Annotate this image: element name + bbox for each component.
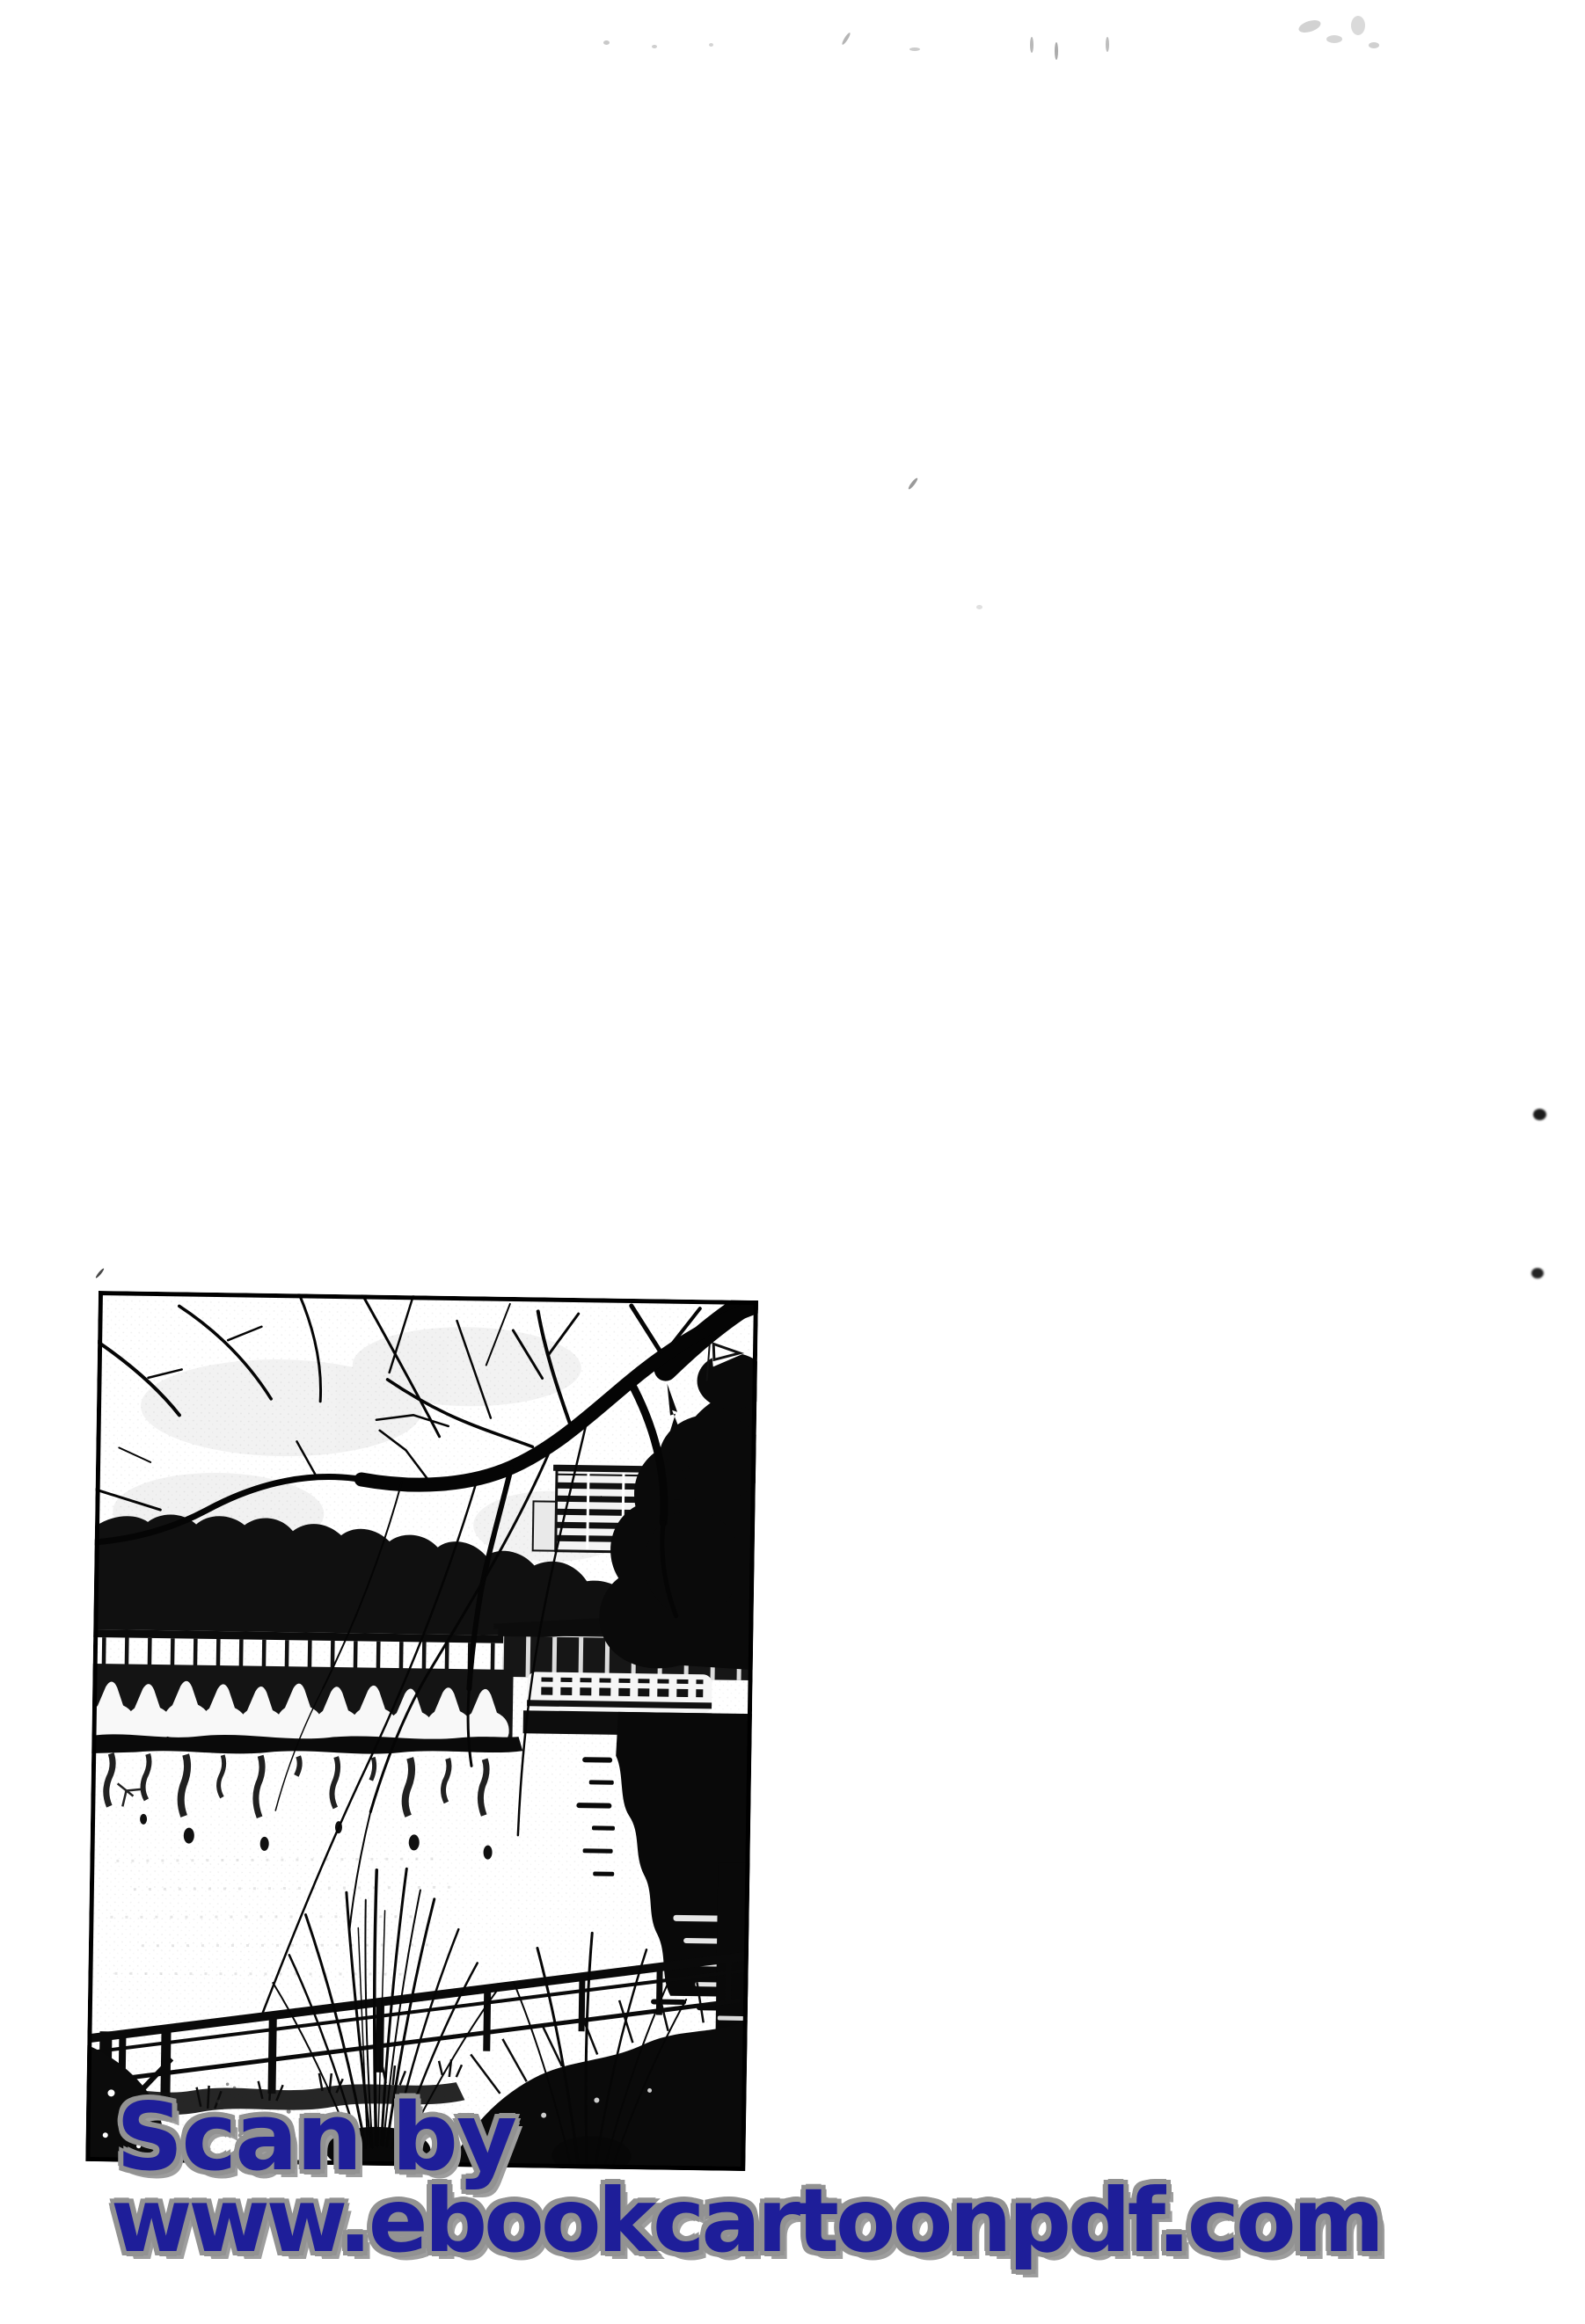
ink-blob xyxy=(1531,1268,1544,1279)
scan-speck xyxy=(95,1268,105,1279)
scan-speck xyxy=(976,605,982,609)
scan-speck xyxy=(1055,42,1058,60)
watermark-line2: www.ebookcartoonpdf.com xyxy=(111,2177,1381,2265)
ink-blob xyxy=(1533,1109,1546,1120)
scan-speck xyxy=(909,47,920,51)
scanned-page: { "page": { "background_color": "#ffffff… xyxy=(0,0,1585,2324)
scan-speck xyxy=(907,477,918,490)
manga-panel xyxy=(85,1291,758,2171)
scan-speck xyxy=(1106,37,1109,52)
scan-speck xyxy=(652,45,657,48)
scan-speck xyxy=(841,32,851,46)
scan-smudge xyxy=(1351,16,1365,35)
lake-illustration xyxy=(85,1291,758,2171)
scan-speck xyxy=(603,40,610,45)
scan-speck xyxy=(1030,37,1034,53)
scan-smudge xyxy=(1297,18,1322,34)
scan-speck xyxy=(709,43,713,47)
scan-smudge xyxy=(1369,42,1379,48)
scan-smudge xyxy=(1326,35,1342,43)
